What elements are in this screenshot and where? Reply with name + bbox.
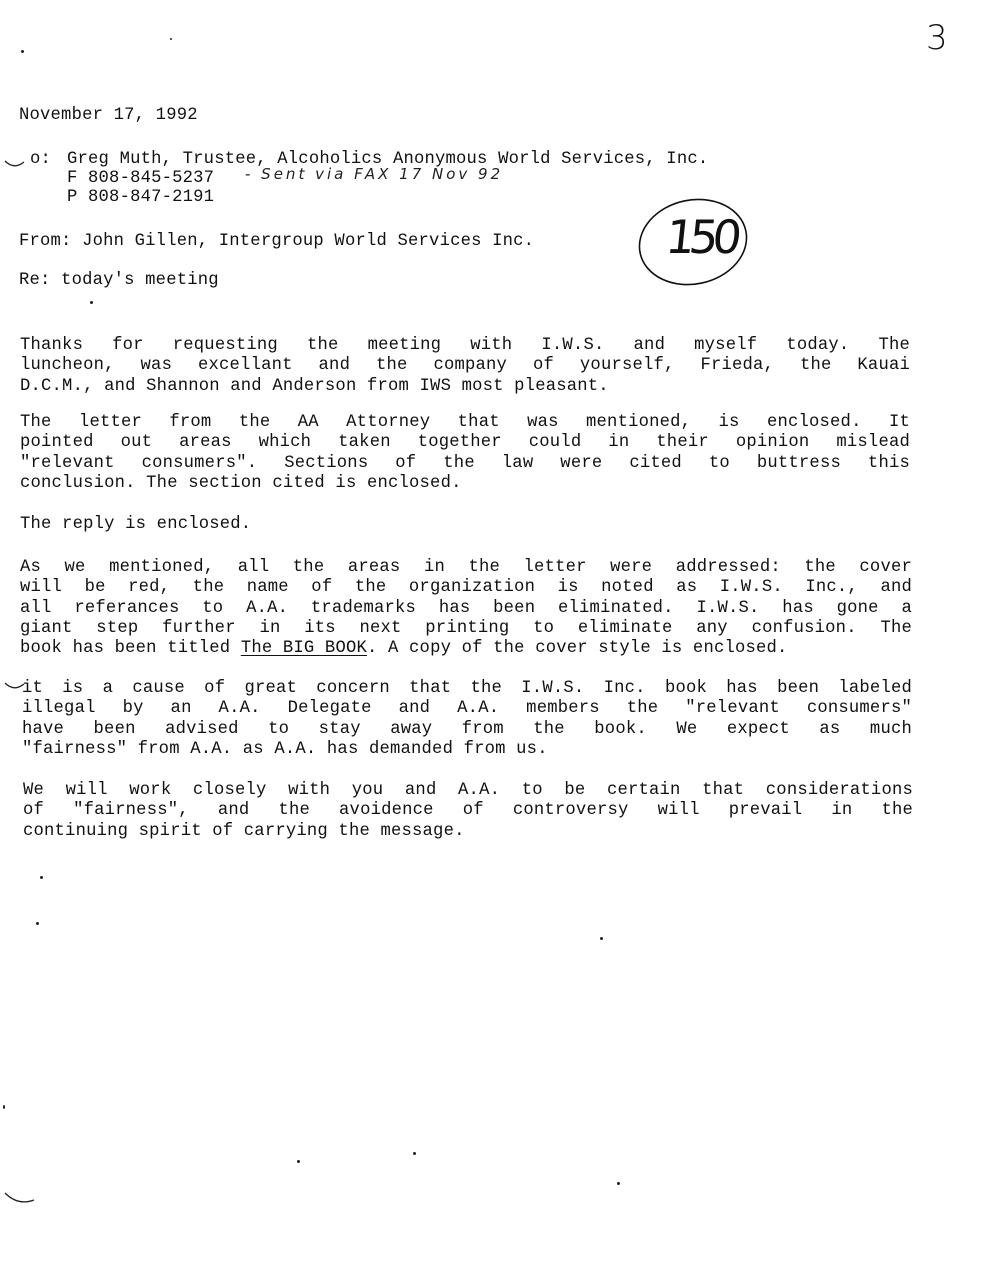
book-title: The BIG BOOK (241, 639, 367, 658)
scan-speck (36, 922, 39, 925)
reference-number: 150 (663, 210, 738, 264)
big-book-line: book has been titled The BIG BOOK. A cop… (20, 639, 912, 659)
recipient-fax: F 808-845-5237 (67, 169, 214, 189)
letter-date: November 17, 1992 (19, 106, 198, 126)
scan-speck (617, 1182, 620, 1185)
paragraph-changes: As we mentioned, all the areas in the le… (20, 558, 912, 659)
scan-speck (170, 38, 172, 40)
scan-speck (90, 301, 93, 304)
scan-speck (413, 1152, 416, 1155)
circled-reference-number: 150 (636, 196, 750, 288)
paragraph-attorney-letter: The letter from the AA Attorney that was… (20, 413, 910, 494)
scan-speck (297, 1160, 300, 1163)
letter-page: 3 November 17, 1992 o: Greg Muth, Truste… (0, 0, 989, 1267)
scan-speck (21, 50, 24, 53)
subject-line: Re: today's meeting (19, 271, 219, 291)
scan-speck (3, 1105, 5, 1109)
to-label: o: (30, 150, 51, 170)
hole-punch-mark (4, 158, 26, 172)
sender: From: John Gillen, Intergroup World Serv… (19, 232, 534, 252)
recipient-phone: P 808-847-2191 (67, 188, 214, 208)
hole-punch-mark (4, 1190, 36, 1208)
scan-speck (600, 937, 603, 940)
paragraph-closing: We will work closely with you and A.A. t… (23, 781, 913, 842)
paragraph-reply: The reply is enclosed. (20, 515, 910, 535)
handwritten-page-number: 3 (926, 18, 948, 58)
paragraph-thanks: Thanks for requesting the meeting with I… (20, 336, 910, 397)
paragraph-concern: it is a cause of great concern that the … (22, 679, 912, 760)
scan-speck (40, 876, 43, 879)
handwritten-fax-note: - Sent via FAX 17 Nov 92 (245, 165, 503, 183)
